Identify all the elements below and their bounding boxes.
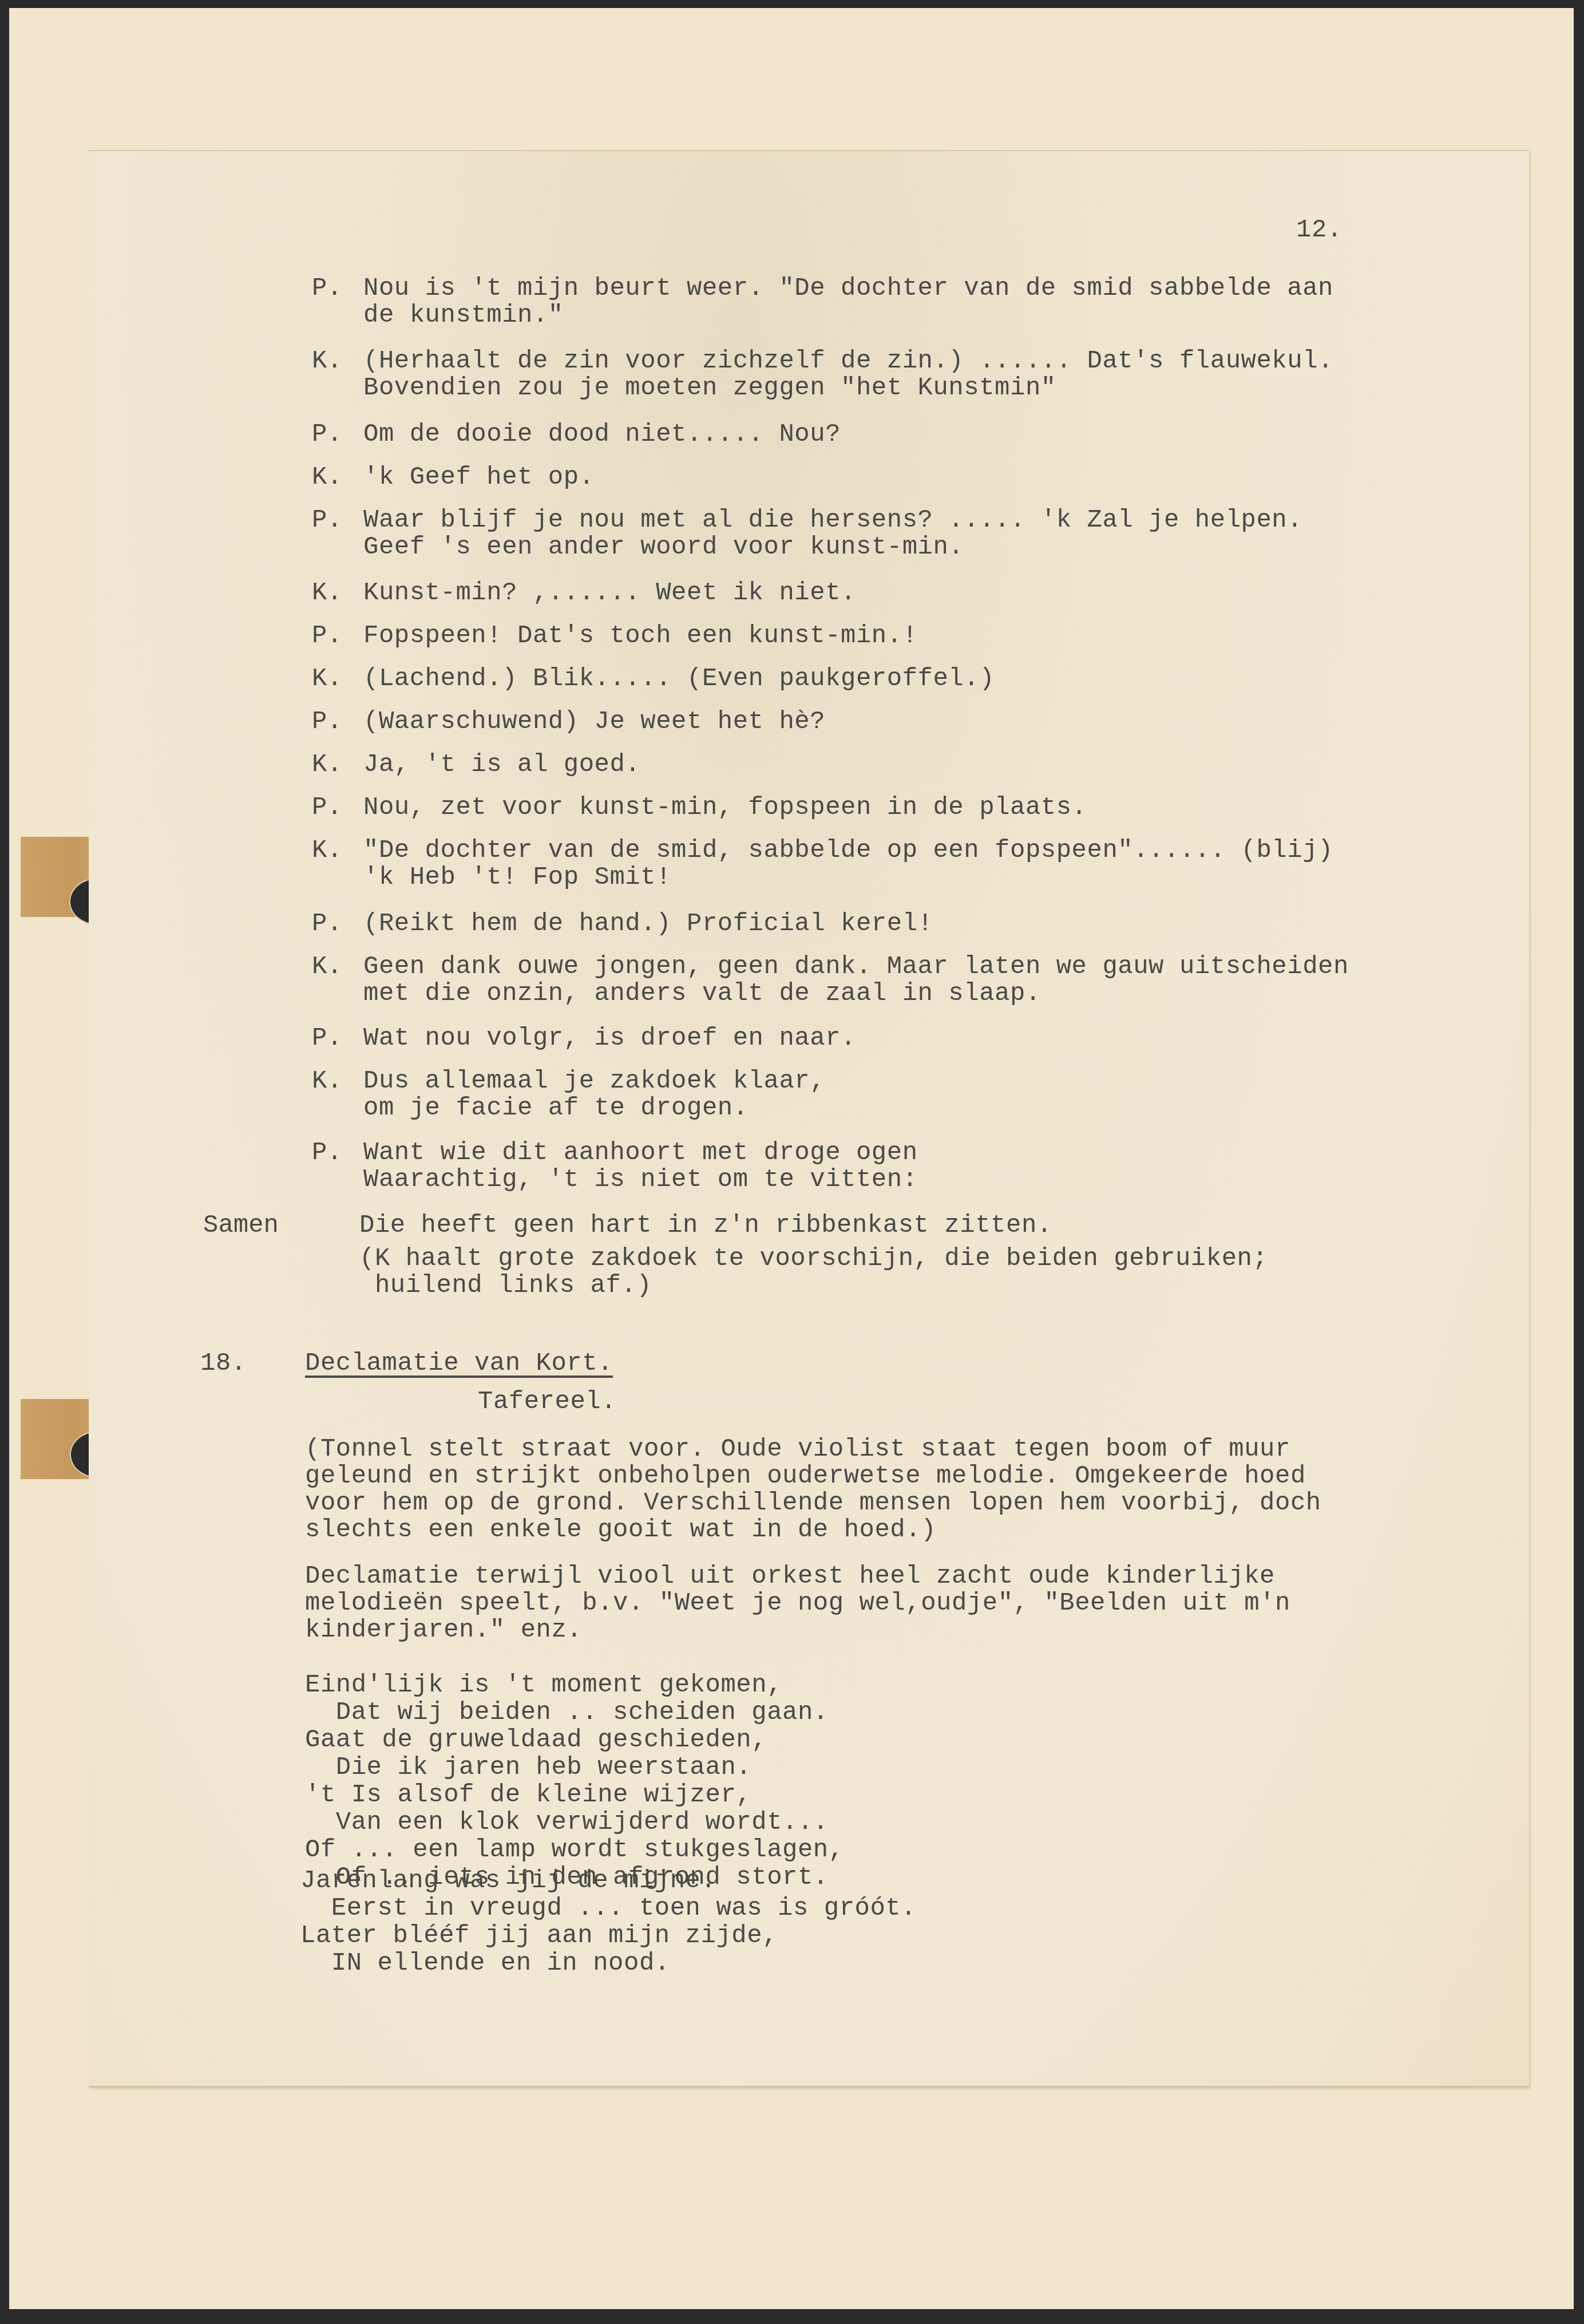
- dialogue-line: Nou, zet voor kunst-min, fopspeen in de …: [363, 794, 1087, 821]
- poem-line: Jarenlang was jij de mijne.: [300, 1867, 716, 1895]
- poem-line: Die ik jaren heb weerstaan.: [305, 1754, 751, 1781]
- poem-line: Later blééf jij aan mijn zijde,: [300, 1922, 778, 1950]
- dialogue-line: (Waarschuwend) Je weet het hè?: [363, 708, 825, 736]
- dialogue-line: de kunstmin.": [363, 302, 564, 329]
- scene-description-line: slechts een enkele gooit wat in de hoed.…: [305, 1516, 936, 1544]
- scene-description-line: geleund en strijkt onbeholpen ouderwetse…: [305, 1463, 1306, 1490]
- poem-line: Of ... een lamp wordt stukgeslagen,: [305, 1836, 844, 1864]
- poem-line: Gaat de gruweldaad geschieden,: [305, 1726, 767, 1754]
- music-note-line: Declamatie terwijl viool uit orkest heel…: [305, 1563, 1275, 1590]
- dialogue-line: Die heeft geen hart in z'n ribbenkast zi…: [359, 1212, 1052, 1239]
- dialogue-line: (Herhaalt de zin voor zichzelf de zin.) …: [363, 347, 1333, 375]
- dialogue-line: 'k Heb 't! Fop Smit!: [363, 864, 671, 891]
- dialogue-line: Kunst-min? ,...... Weet ik niet.: [363, 579, 856, 607]
- dialogue-line: Geen dank ouwe jongen, geen dank. Maar l…: [363, 953, 1349, 981]
- poem-line: Van een klok verwijderd wordt...: [305, 1809, 829, 1836]
- dialogue-line: Want wie dit aanhoort met droge ogen: [363, 1139, 918, 1167]
- dialogue-line: Dus allemaal je zakdoek klaar,: [363, 1068, 825, 1095]
- speaker-label: K.: [312, 347, 342, 375]
- dialogue-line: "De dochter van de smid, sabbelde op een…: [363, 837, 1333, 864]
- speaker-label: K.: [312, 464, 342, 491]
- speaker-label: P.: [312, 507, 342, 534]
- stage-direction-line: huilend links af.): [359, 1272, 652, 1299]
- speaker-label: K.: [312, 837, 342, 864]
- speaker-label: P.: [312, 275, 342, 302]
- poem-line: IN ellende en in nood.: [300, 1950, 670, 1977]
- dialogue-line: Wat nou volgr, is droef en naar.: [363, 1025, 856, 1052]
- speaker-label: P.: [312, 1025, 342, 1052]
- poem-line: Eerst in vreugd ... toen was is gróót.: [300, 1895, 916, 1922]
- music-note-line: melodieën speelt, b.v. "Weet je nog wel,…: [305, 1590, 1290, 1617]
- scene-description-line: voor hem op de grond. Verschillende mens…: [305, 1489, 1321, 1517]
- dialogue-line: Fopspeen! Dat's toch een kunst-min.!: [363, 622, 918, 650]
- dialogue-line: met die onzin, anders valt de zaal in sl…: [363, 980, 1041, 1007]
- dialogue-line: 'k Geef het op.: [363, 464, 595, 491]
- dialogue-line: Ja, 't is al goed.: [363, 751, 640, 778]
- speaker-label: P.: [312, 708, 342, 736]
- dialogue-line: Bovendien zou je moeten zeggen "het Kuns…: [363, 374, 1056, 402]
- dialogue-line: (Lachend.) Blik..... (Even paukgeroffel.…: [363, 665, 995, 693]
- dialogue-line: om je facie af te drogen.: [363, 1094, 749, 1122]
- dialogue-line: Waarachtig, 't is niet om te vitten:: [363, 1166, 918, 1193]
- speaker-label: K.: [312, 665, 342, 693]
- page-number: 12.: [1296, 216, 1343, 244]
- speaker-label: K.: [312, 579, 342, 607]
- speaker-label: P.: [312, 622, 342, 650]
- dialogue-line: Nou is 't mijn beurt weer. "De dochter v…: [363, 275, 1333, 302]
- poem-line: 't Is alsof de kleine wijzer,: [305, 1781, 751, 1809]
- section-number: 18.: [200, 1350, 247, 1377]
- dialogue-line: Om de dooie dood niet..... Nou?: [363, 421, 841, 448]
- scene-description-line: (Tonnel stelt straat voor. Oude violist …: [305, 1436, 1290, 1463]
- section-title: Declamatie van Kort.: [305, 1350, 613, 1377]
- poem-line: Dat wij beiden .. scheiden gaan.: [305, 1699, 829, 1726]
- speaker-label: K.: [312, 751, 342, 778]
- music-note-line: kinderjaren." enz.: [305, 1616, 582, 1644]
- poem-line: Eind'lijk is 't moment gekomen,: [305, 1671, 782, 1699]
- speaker-label: K.: [312, 1068, 342, 1095]
- dialogue-line: Waar blijf je nou met al die hersens? ..…: [363, 507, 1302, 534]
- speaker-label: P.: [312, 794, 342, 821]
- section-subtitle: Tafereel.: [478, 1388, 616, 1416]
- stage-direction-line: (K haalt grote zakdoek te voorschijn, di…: [359, 1245, 1268, 1272]
- speaker-label: K.: [312, 953, 342, 981]
- dialogue-line: Geef 's een ander woord voor kunst-min.: [363, 533, 964, 561]
- speaker-label: Samen: [203, 1212, 279, 1239]
- speaker-label: P.: [312, 1139, 342, 1167]
- speaker-label: P.: [312, 910, 342, 938]
- speaker-label: P.: [312, 421, 342, 448]
- dialogue-line: (Reikt hem de hand.) Proficial kerel!: [363, 910, 933, 938]
